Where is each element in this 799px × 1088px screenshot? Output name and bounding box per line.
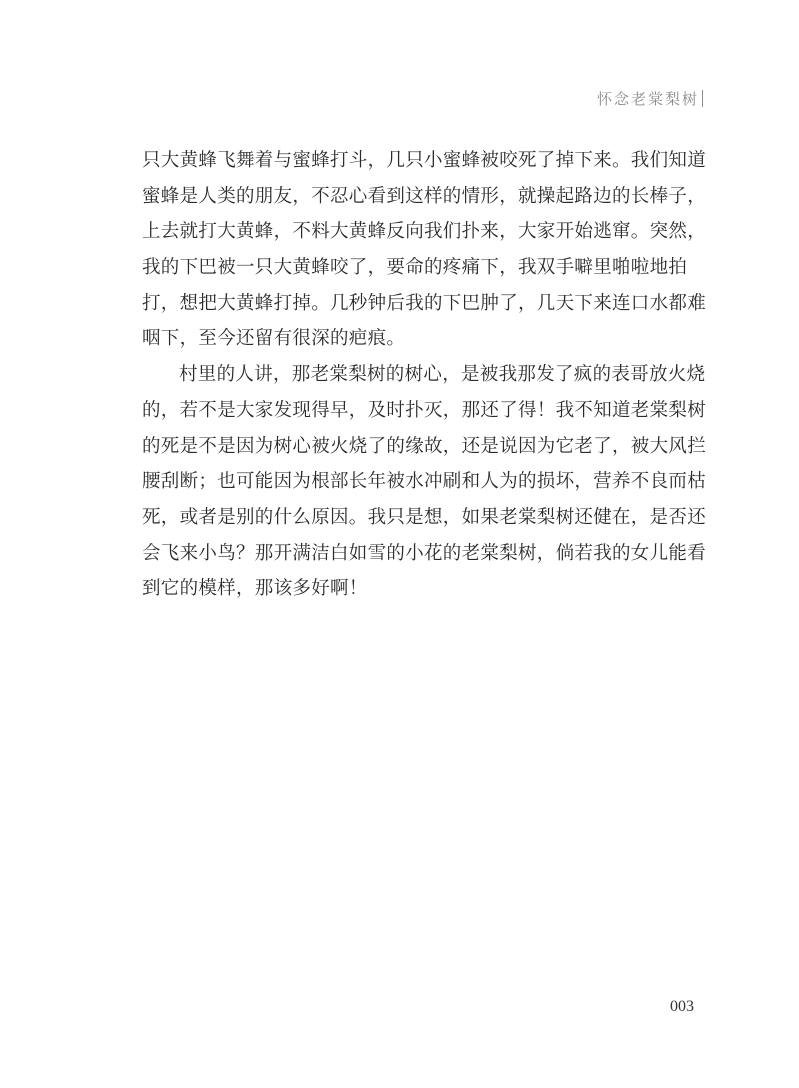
text-line: 上去就打大黄蜂，不料大黄蜂反向我们扑来，大家开始逃窜。突然， <box>142 214 702 250</box>
text-line: 的死是不是因为树心被火烧了的缘故，还是说因为它老了，被大风拦 <box>142 429 702 465</box>
header-divider <box>702 90 703 107</box>
body-text: 只大黄蜂飞舞着与蜜蜂打斗，几只小蜜蜂被咬死了掉下来。我们知道 蜜蜂是人类的朋友，… <box>142 143 702 607</box>
running-title: 怀念老棠梨树 <box>597 88 699 109</box>
text-line: 村里的人讲，那老棠梨树的树心，是被我那发了疯的表哥放火烧 <box>142 357 702 393</box>
text-line: 到它的模样，那该多好啊！ <box>142 571 702 607</box>
book-page: 怀念老棠梨树 只大黄蜂飞舞着与蜜蜂打斗，几只小蜜蜂被咬死了掉下来。我们知道 蜜蜂… <box>0 0 799 1088</box>
text-line: 咽下，至今还留有很深的疤痕。 <box>142 321 702 357</box>
text-line: 蜜蜂是人类的朋友，不忍心看到这样的情形，就操起路边的长棒子， <box>142 179 702 215</box>
paragraph-1: 只大黄蜂飞舞着与蜜蜂打斗，几只小蜜蜂被咬死了掉下来。我们知道 蜜蜂是人类的朋友，… <box>142 143 702 357</box>
text-line: 的，若不是大家发现得早，及时扑灭，那还了得！我不知道老棠梨树 <box>142 393 702 429</box>
running-header: 怀念老棠梨树 <box>597 88 703 109</box>
text-line: 只大黄蜂飞舞着与蜜蜂打斗，几只小蜜蜂被咬死了掉下来。我们知道 <box>142 143 702 179</box>
paragraph-2: 村里的人讲，那老棠梨树的树心，是被我那发了疯的表哥放火烧 的，若不是大家发现得早… <box>142 357 702 607</box>
text-line: 会飞来小鸟？那开满洁白如雪的小花的老棠梨树，倘若我的女儿能看 <box>142 536 702 572</box>
text-line: 打，想把大黄蜂打掉。几秒钟后我的下巴肿了，几天下来连口水都难 <box>142 286 702 322</box>
text-line: 腰刮断；也可能因为根部长年被水冲刷和人为的损坏，营养不良而枯 <box>142 464 702 500</box>
page-number: 003 <box>670 998 694 1016</box>
text-line: 我的下巴被一只大黄蜂咬了，要命的疼痛下，我双手噼里啪啦地拍 <box>142 250 702 286</box>
text-line: 死，或者是别的什么原因。我只是想，如果老棠梨树还健在，是否还 <box>142 500 702 536</box>
